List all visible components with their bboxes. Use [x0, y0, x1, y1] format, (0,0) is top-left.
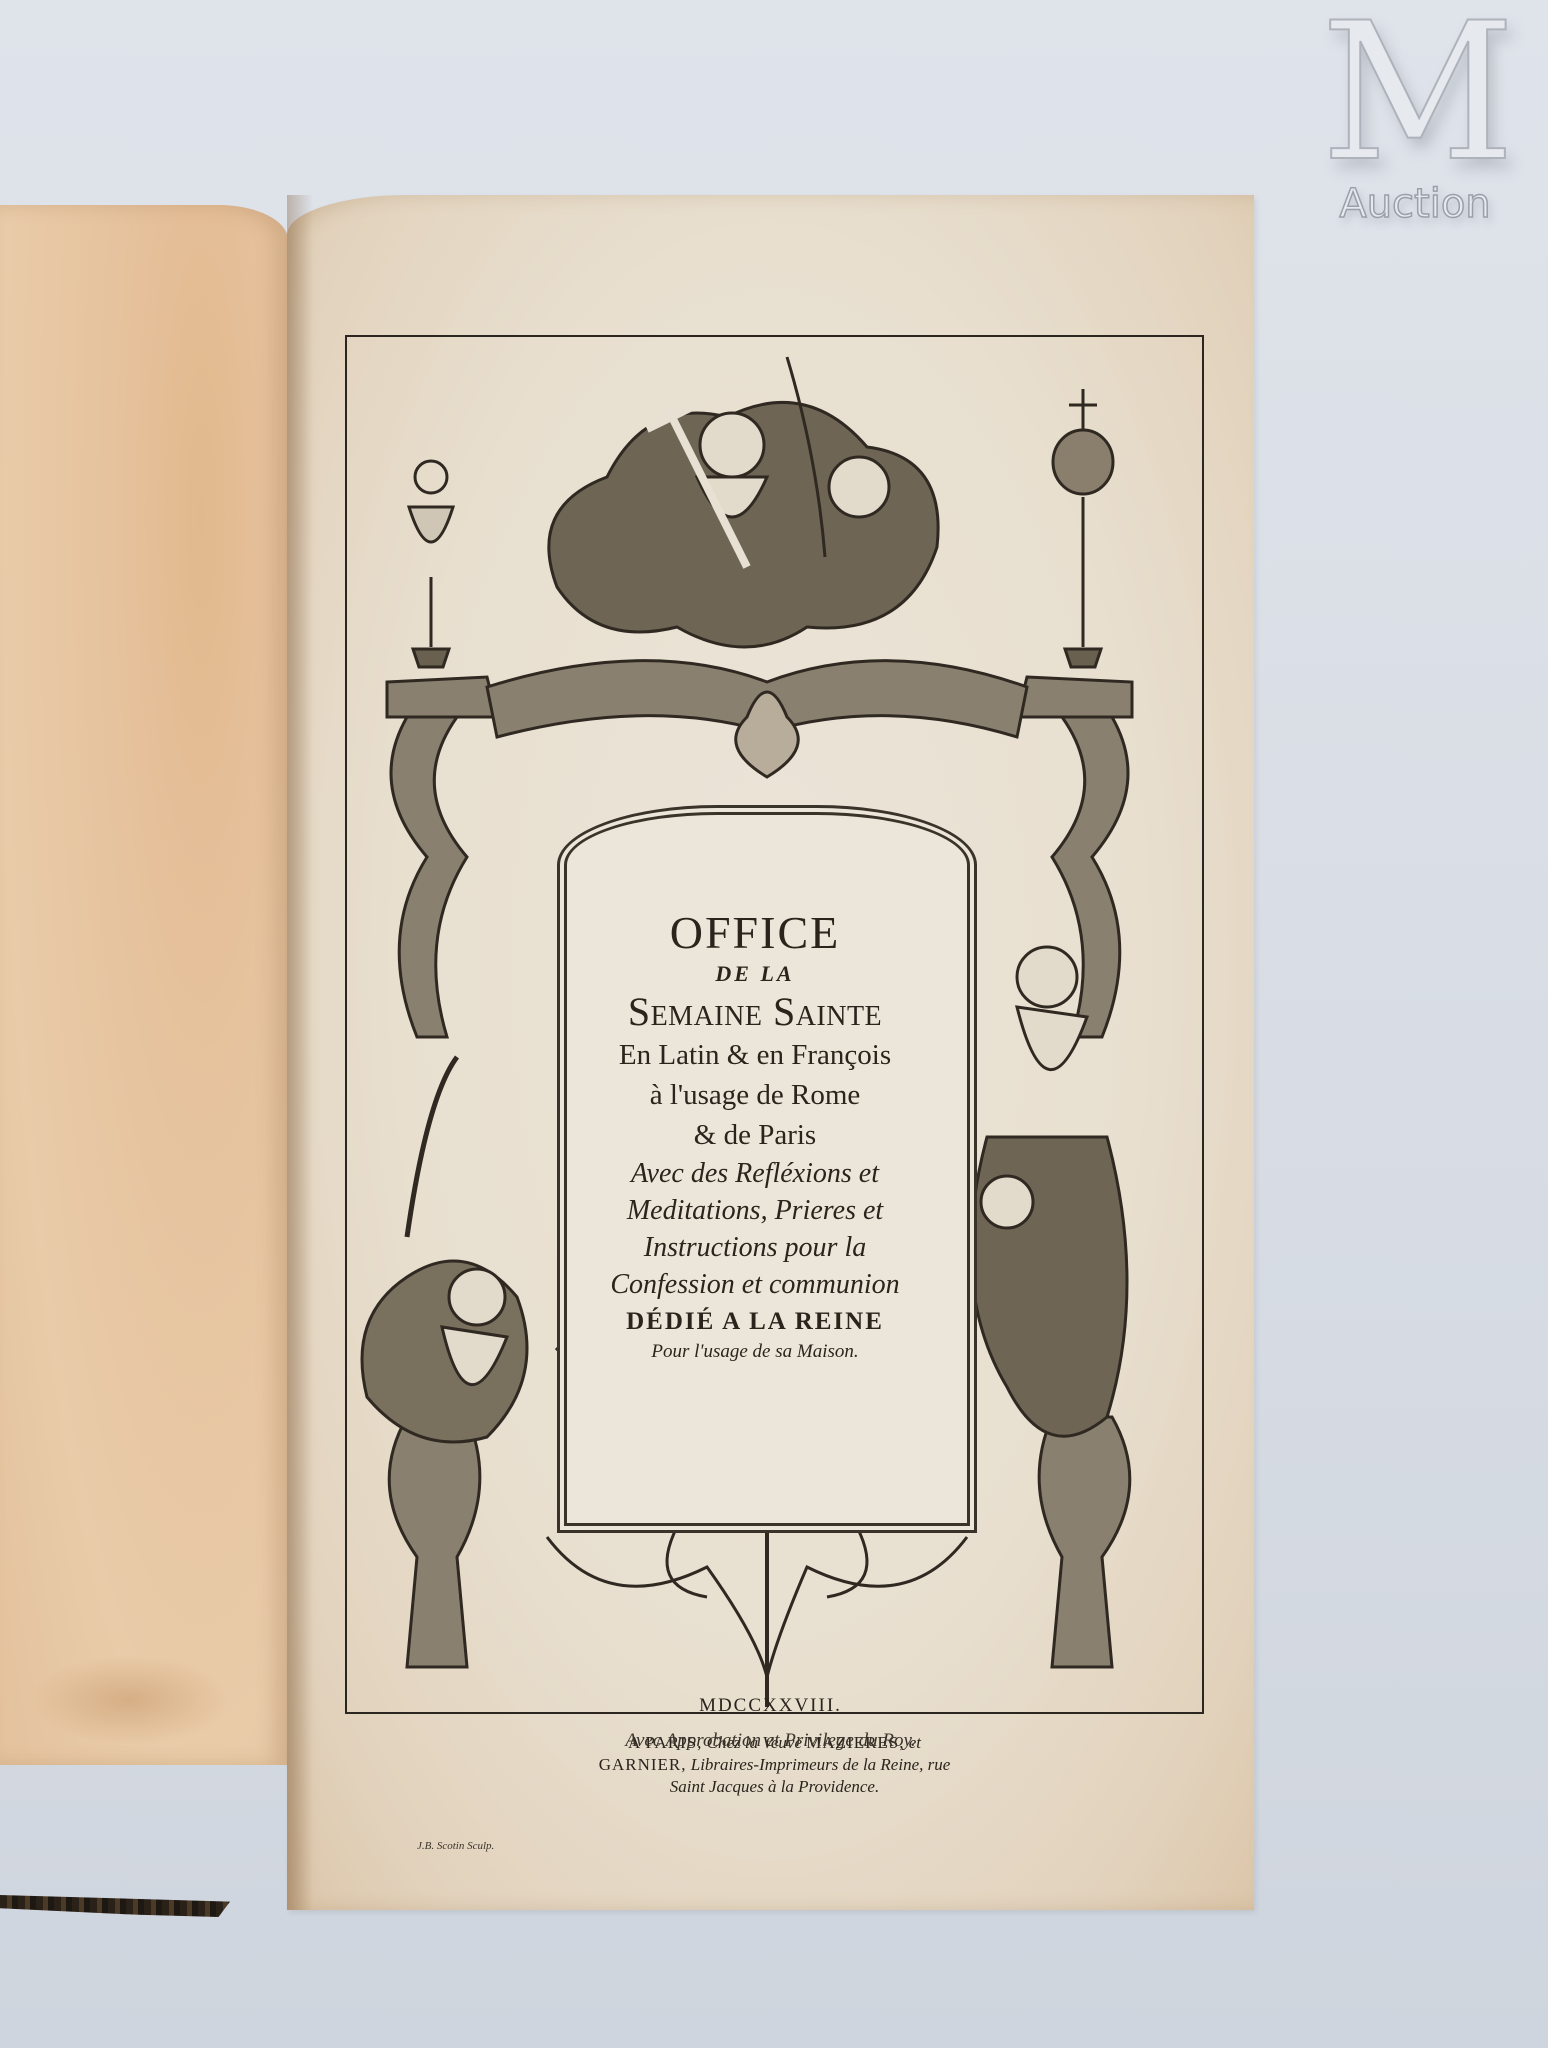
- subtitle-paris: & de Paris: [545, 1115, 965, 1155]
- title-text-block: OFFICE DE LA Semaine Sainte En Latin & e…: [545, 907, 965, 1365]
- title-page: OFFICE DE LA Semaine Sainte En Latin & e…: [287, 195, 1254, 1910]
- dedication-line: DÉDIÉ A LA REINE: [545, 1305, 965, 1339]
- royal-privilege-line: Avec Approbation et Privilege du Roy.: [287, 1730, 1254, 1752]
- engraver-credit: J.B. Scotin Sculp.: [417, 1840, 494, 1852]
- title-semaine-sainte: Semaine Sainte: [545, 989, 965, 1035]
- publication-date: MDCCXXVIII.: [287, 1695, 1254, 1717]
- dedication-subline: Pour l'usage de sa Maison.: [545, 1339, 965, 1365]
- engraved-plate-border: OFFICE DE LA Semaine Sainte En Latin & e…: [345, 335, 1204, 1714]
- left-page-verso: [0, 205, 288, 1765]
- chalice-icon: [409, 461, 453, 667]
- subtitle-meditations: Meditations, Prieres et: [545, 1192, 965, 1229]
- imprint-line-2: GARNIER, Libraires-Imprimeurs de la Rein…: [347, 1754, 1202, 1776]
- foxing-stain: [30, 1655, 230, 1745]
- bottom-scrollwork: [547, 1517, 967, 1707]
- subtitle-latin-francois: En Latin & en François: [545, 1035, 965, 1075]
- subtitle-confession: Confession et communion: [545, 1266, 965, 1303]
- watermark-letter: M: [1300, 8, 1530, 178]
- subtitle-instructions: Instructions pour la: [545, 1229, 965, 1266]
- subtitle-reflexions: Avec des Refléxions et: [545, 1155, 965, 1192]
- gutter-shadow: [287, 195, 313, 1910]
- globus-cruciger-icon: [1053, 389, 1113, 667]
- cherubs-on-cloud: [549, 357, 938, 647]
- title-de-la: DE LA: [545, 959, 965, 989]
- m-auction-watermark-logo: M Auction: [1300, 8, 1530, 238]
- subtitle-usage-rome: à l'usage de Rome: [545, 1075, 965, 1115]
- imprint-line-3: Saint Jacques à la Providence.: [347, 1776, 1202, 1798]
- left-cherub-with-palm: [362, 1057, 527, 1442]
- binding-edge: [0, 1895, 230, 1917]
- photo-scene: OFFICE DE LA Semaine Sainte En Latin & e…: [0, 0, 1548, 2048]
- title-office: OFFICE: [545, 907, 965, 959]
